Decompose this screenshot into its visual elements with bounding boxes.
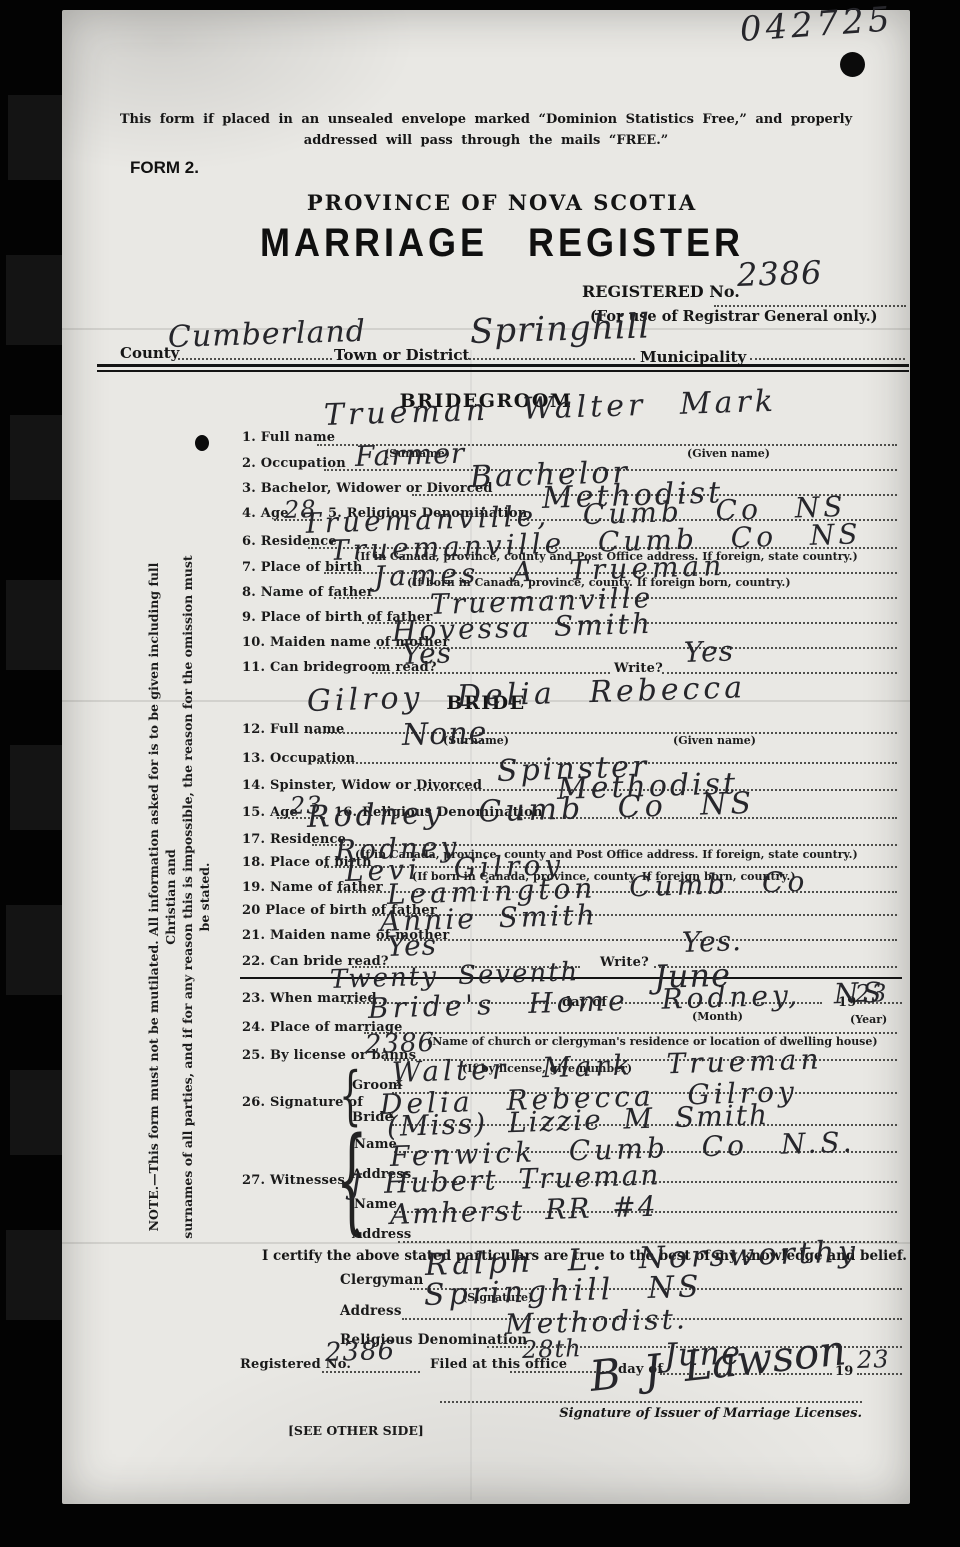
- filing-year-value: 23: [857, 1345, 890, 1374]
- dotted-line: [377, 938, 897, 941]
- dotted-line: [440, 1400, 862, 1403]
- town-label: Town or District: [334, 346, 469, 364]
- bride-occupation-value: None: [401, 715, 487, 753]
- dotted-line: [460, 357, 635, 360]
- groom-write-value: Yes: [683, 634, 734, 669]
- binding-mark: [10, 745, 62, 830]
- hole-punch: [840, 52, 865, 77]
- dotted-line: [178, 357, 332, 360]
- given-name-note: (Given name): [673, 734, 756, 747]
- stamp-number: 042725: [739, 0, 895, 50]
- form-number-label: FORM 2.: [130, 158, 199, 178]
- binding-mark: [8, 95, 62, 180]
- clergyman-label: Clergyman: [340, 1272, 424, 1288]
- dotted-line: [310, 731, 897, 734]
- bride-write-value: Yes.: [681, 924, 742, 959]
- mailing-note-line1: This form if placed in an unsealed envel…: [62, 112, 910, 127]
- filed-day-value: 28th: [522, 1334, 582, 1364]
- dotted-line: [374, 646, 897, 649]
- side-note-line1: NOTE.—This form must not be mutilated. A…: [145, 552, 179, 1242]
- dotted-line: [714, 304, 906, 307]
- bride-residence-value: Rodney Cumb Co NS: [306, 786, 755, 835]
- bride-write-label: Write?: [600, 955, 649, 970]
- side-note-line2: surnames of all parties, and if for any …: [179, 552, 213, 1242]
- binding-mark: [6, 580, 62, 670]
- given-name-note: (Given name): [687, 447, 770, 460]
- province-title: PROVINCE OF NOVA SCOTIA: [78, 190, 926, 215]
- groom-read-value: Yes: [401, 636, 452, 671]
- filing-registered-value: 2386: [325, 1336, 396, 1368]
- registered-no-value: 2386: [736, 253, 823, 294]
- registered-no-label: REGISTERED No.: [582, 282, 740, 301]
- see-other-side-note: [SEE OTHER SIDE]: [288, 1423, 424, 1438]
- binding-mark: [6, 1230, 62, 1320]
- town-value: Springhill: [469, 306, 651, 352]
- groom-occupation-value: Farmer: [354, 437, 465, 473]
- scanned-form-page: 042725 This form if placed in an unseale…: [62, 10, 910, 1504]
- bride-read-value: Yes: [386, 928, 437, 963]
- binding-mark: [6, 255, 62, 345]
- double-rule-top: [97, 364, 909, 367]
- binding-mark: [10, 415, 62, 500]
- bride-fullname-label: 12. Full name: [242, 722, 345, 737]
- binding-mark: [10, 1070, 62, 1155]
- binding-mark: [6, 905, 62, 995]
- double-rule-bottom: [97, 370, 909, 372]
- dotted-line: [750, 357, 905, 360]
- side-note: NOTE.—This form must not be mutilated. A…: [145, 552, 181, 1242]
- issuer-signature-note: Signature of Issuer of Marriage Licenses…: [492, 1406, 862, 1421]
- clergyman-address-label: Address: [340, 1303, 402, 1319]
- ink-blob: [195, 435, 209, 451]
- dotted-line: [372, 671, 610, 674]
- witness2-address-value: Amherst RR #4: [389, 1190, 658, 1231]
- witnesses-label: 27. Witnesses: [242, 1173, 345, 1188]
- mailing-note-line2: addressed will pass through the mails “F…: [62, 133, 910, 148]
- dotted-line: [364, 1031, 897, 1034]
- dotted-line: [322, 1370, 420, 1373]
- year-note: (Year): [850, 1013, 887, 1026]
